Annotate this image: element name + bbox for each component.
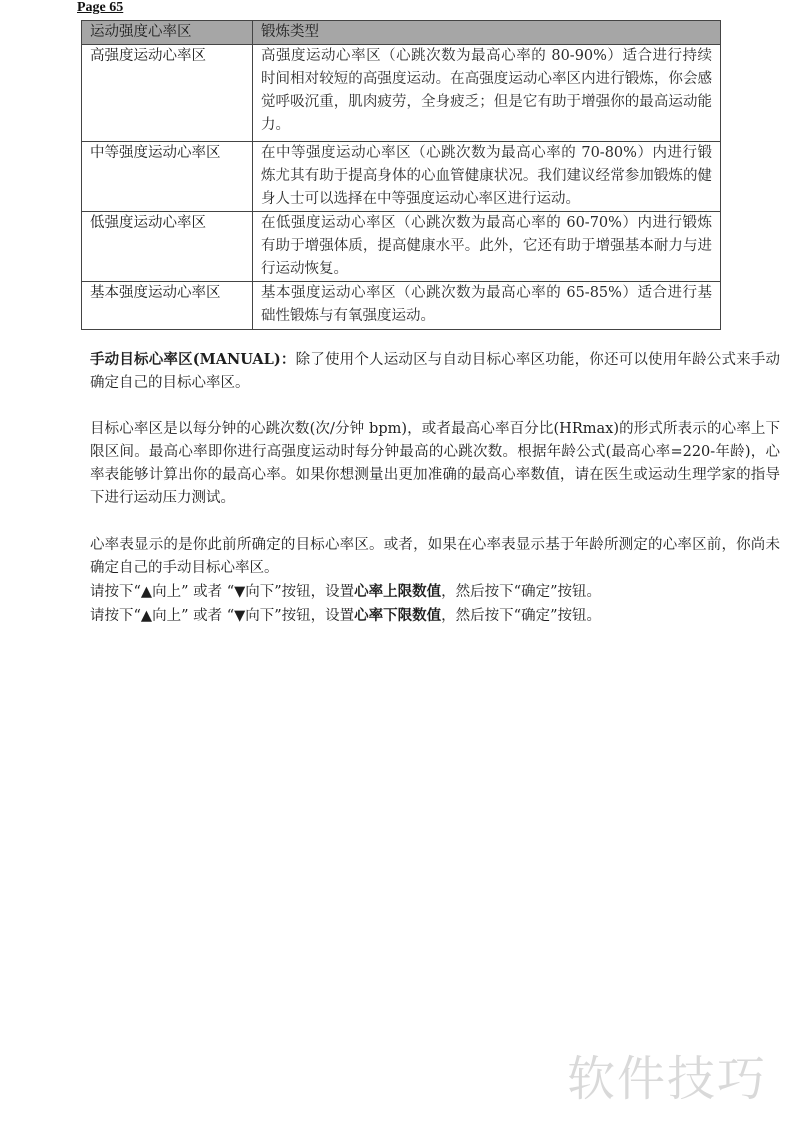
instruction-prefix: 请按下“▲向上” 或者 “▼向下”按钮，设置 <box>90 608 354 624</box>
zone-description-cell: 高强度运动心率区（心跳次数为最高心率的 80-90%）适合进行持续时间相对较短的… <box>253 45 721 142</box>
zone-name-cell: 中等强度运动心率区 <box>82 142 253 212</box>
lower-limit-emphasis: 心率下限数值 <box>354 607 441 624</box>
table-row: 高强度运动心率区 高强度运动心率区（心跳次数为最高心率的 80-90%）适合进行… <box>82 45 721 142</box>
upper-limit-emphasis: 心率上限数值 <box>354 583 441 600</box>
table-header-row: 运动强度心率区 锻炼类型 <box>82 21 721 45</box>
zone-name-cell: 低强度运动心率区 <box>82 212 253 282</box>
page-number-label: Page 65 <box>77 0 123 16</box>
table-row: 低强度运动心率区 在低强度运动心率区（心跳次数为最高心率的 60-70%）内进行… <box>82 212 721 282</box>
instruction-suffix: ，然后按下“确定”按钮。 <box>441 608 601 624</box>
zone-description-cell: 在低强度运动心率区（心跳次数为最高心率的 60-70%）内进行锻炼有助于增强体质… <box>253 212 721 282</box>
table-row: 基本强度运动心率区 基本强度运动心率区（心跳次数为最高心率的 65-85%）适合… <box>82 282 721 330</box>
upper-limit-instruction: 请按下“▲向上” 或者 “▼向下”按钮，设置心率上限数值，然后按下“确定”按钮。 <box>90 580 780 604</box>
heart-rate-zone-table: 运动强度心率区 锻炼类型 高强度运动心率区 高强度运动心率区（心跳次数为最高心率… <box>81 20 721 330</box>
zone-description-cell: 在中等强度运动心率区（心跳次数为最高心率的 70-80%）内进行锻炼尤其有助于提… <box>253 142 721 212</box>
column-header-zone: 运动强度心率区 <box>82 21 253 45</box>
table-row: 中等强度运动心率区 在中等强度运动心率区（心跳次数为最高心率的 70-80%）内… <box>82 142 721 212</box>
display-note-text: 心率表显示的是你此前所确定的目标心率区。或者，如果在心率表显示基于年龄所测定的心… <box>90 534 780 580</box>
target-zone-definition-text: 目标心率区是以每分钟的心跳次数(次/分钟 bpm)，或者最高心率百分比(HRma… <box>90 418 780 510</box>
instruction-suffix: ，然后按下“确定”按钮。 <box>441 584 601 600</box>
instruction-prefix: 请按下“▲向上” 或者 “▼向下”按钮，设置 <box>90 584 354 600</box>
column-header-exercise-type: 锻炼类型 <box>253 21 721 45</box>
zone-name-cell: 高强度运动心率区 <box>82 45 253 142</box>
target-zone-definition-paragraph: 目标心率区是以每分钟的心跳次数(次/分钟 bpm)，或者最高心率百分比(HRma… <box>90 418 780 510</box>
zone-name-cell: 基本强度运动心率区 <box>82 282 253 330</box>
watermark-text: 软件技巧 <box>567 1040 767 1109</box>
lower-limit-instruction: 请按下“▲向上” 或者 “▼向下”按钮，设置心率下限数值，然后按下“确定”按钮。 <box>90 604 780 628</box>
zone-description-cell: 基本强度运动心率区（心跳次数为最高心率的 65-85%）适合进行基础性锻炼与有氧… <box>253 282 721 330</box>
instructions-block: 心率表显示的是你此前所确定的目标心率区。或者，如果在心率表显示基于年龄所测定的心… <box>90 534 780 628</box>
manual-zone-title: 手动目标心率区(MANUAL)： <box>90 351 296 368</box>
manual-zone-intro-paragraph: 手动目标心率区(MANUAL)：除了使用个人运动区与自动目标心率区功能，你还可以… <box>90 348 780 395</box>
